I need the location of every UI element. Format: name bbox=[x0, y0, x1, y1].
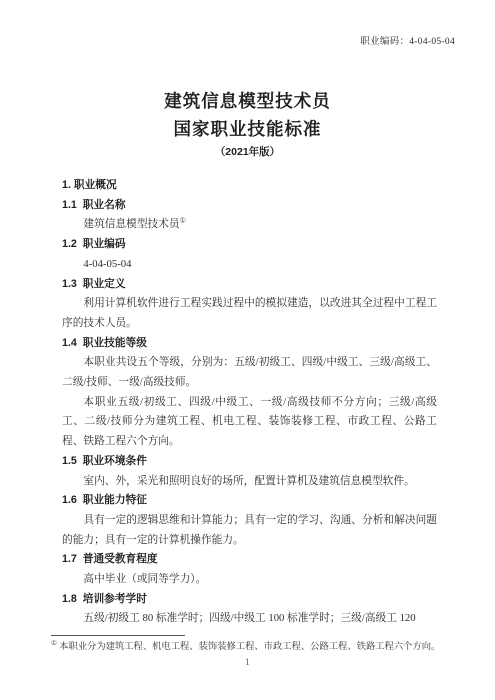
section-heading-environment: 1.5 职业环境条件 bbox=[62, 452, 437, 472]
section-heading-education: 1.7 普通受教育程度 bbox=[62, 550, 437, 570]
section-heading-ability: 1.6 职业能力特征 bbox=[62, 491, 437, 511]
footnote-ref-icon: ① bbox=[180, 217, 186, 225]
document-page: 职业编码：4-04-05-04 建筑信息模型技术员 国家职业技能标准 （2021… bbox=[0, 0, 495, 700]
skill-levels-paragraph-1: 本职业共设五个等级，分别为：五级/初级工、四级/中级工、三级/高级工、二级/技师… bbox=[62, 353, 437, 392]
doc-edition: （2021年版） bbox=[0, 144, 495, 159]
education-paragraph: 高中毕业（或同等学力）。 bbox=[62, 570, 437, 590]
section-heading-occupation-name: 1.1 职业名称 bbox=[62, 196, 437, 216]
definition-paragraph: 利用计算机软件进行工程实践过程中的模拟建造，以改进其全过程中工程工序的技术人员。 bbox=[62, 294, 437, 333]
occupation-code-value: 4-04-05-04 bbox=[62, 255, 437, 275]
training-hours-paragraph: 五级/初级工 80 标准学时；四级/中级工 100 标准学时；三级/高级工 12… bbox=[62, 609, 437, 629]
occupation-name-text: 建筑信息模型技术员 bbox=[83, 218, 179, 230]
environment-paragraph: 室内、外，采光和照明良好的场所，配置计算机及建筑信息模型软件。 bbox=[62, 472, 437, 492]
page-number: 1 bbox=[0, 657, 495, 667]
section-heading-overview: 1. 职业概况 bbox=[62, 176, 437, 196]
skill-levels-paragraph-2: 本职业五级/初级工、四级/中级工、一级/高级技师不分方向；三级/高级工、二级/技… bbox=[62, 393, 437, 452]
doc-title-line1: 建筑信息模型技术员 bbox=[0, 88, 495, 113]
ability-paragraph: 具有一定的逻辑思维和计算能力；具有一定的学习、沟通、分析和解决问题的能力；具有一… bbox=[62, 511, 437, 550]
section-heading-definition: 1.3 职业定义 bbox=[62, 275, 437, 295]
section-heading-skill-levels: 1.4 职业技能等级 bbox=[62, 334, 437, 354]
footnote-text: 本职业分为建筑工程、机电工程、装饰装修工程、市政工程、公路工程、铁路工程六个方向… bbox=[57, 642, 441, 652]
occupation-code-header: 职业编码：4-04-05-04 bbox=[360, 33, 455, 47]
section-heading-training-hours: 1.8 培训参考学时 bbox=[62, 590, 437, 610]
footnote: ① 本职业分为建筑工程、机电工程、装饰装修工程、市政工程、公路工程、铁路工程六个… bbox=[51, 641, 455, 654]
doc-title-line2: 国家职业技能标准 bbox=[0, 116, 495, 141]
document-body: 1. 职业概况 1.1 职业名称 建筑信息模型技术员① 1.2 职业编码 4-0… bbox=[62, 176, 437, 629]
section-heading-occupation-code: 1.2 职业编码 bbox=[62, 235, 437, 255]
footnote-divider bbox=[51, 635, 185, 636]
occupation-name: 建筑信息模型技术员① bbox=[62, 215, 437, 235]
